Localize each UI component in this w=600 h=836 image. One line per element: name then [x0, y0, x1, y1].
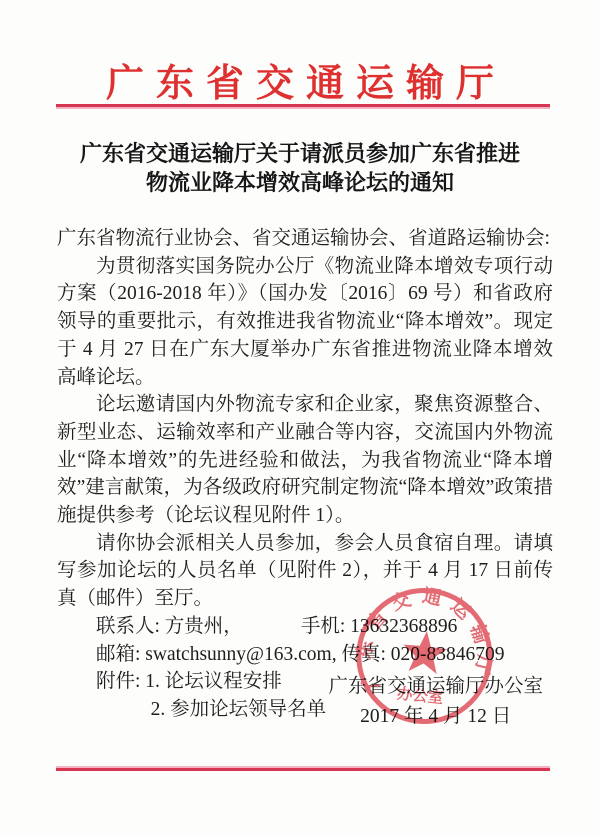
letterhead-rule	[56, 104, 550, 109]
attachment-item-2: 2. 参加论坛领导名单	[151, 699, 327, 720]
attachment-item-1: 1. 论坛议程安排	[145, 671, 282, 692]
seal-star-icon	[401, 629, 449, 675]
document-title-line1: 广东省交通运输厅关于请派员参加广东省推进	[80, 141, 520, 166]
contact-label: 联系人:	[96, 616, 160, 637]
mobile-label: 手机:	[301, 616, 345, 637]
seal-bottom-text: 办公室	[396, 683, 445, 707]
footer-rule	[56, 766, 550, 771]
paragraph-1: 为贯彻落实国务院办公厅《物流业降本增效专项行动方案（2016-2018 年）》（…	[57, 253, 553, 392]
official-seal: 广东省交通运输厅 办公室	[344, 579, 504, 739]
salutation: 广东省物流行业协会、省交通运输协会、省道路运输协会:	[57, 225, 553, 253]
letterhead-agency-name: 广东省交通运输厅	[0, 52, 600, 107]
document-title: 广东省交通运输厅关于请派员参加广东省推进 物流业降本增效高峰论坛的通知	[40, 139, 560, 197]
email-address: swatchsunny@163.com,	[145, 644, 336, 665]
attachments-label: 附件:	[96, 671, 140, 692]
contact-name: 方贵州，	[165, 616, 243, 637]
paragraph-2: 论坛邀请国内外物流专家和企业家，聚焦资源整合、新型业态、运输效率和产业融合等内容…	[57, 391, 553, 530]
document-title-line2: 物流业降本增效高峰论坛的通知	[146, 170, 454, 195]
document-page: 广东省交通运输厅 广东省交通运输厅关于请派员参加广东省推进 物流业降本增效高峰论…	[0, 0, 600, 836]
email-label: 邮箱:	[96, 644, 140, 665]
